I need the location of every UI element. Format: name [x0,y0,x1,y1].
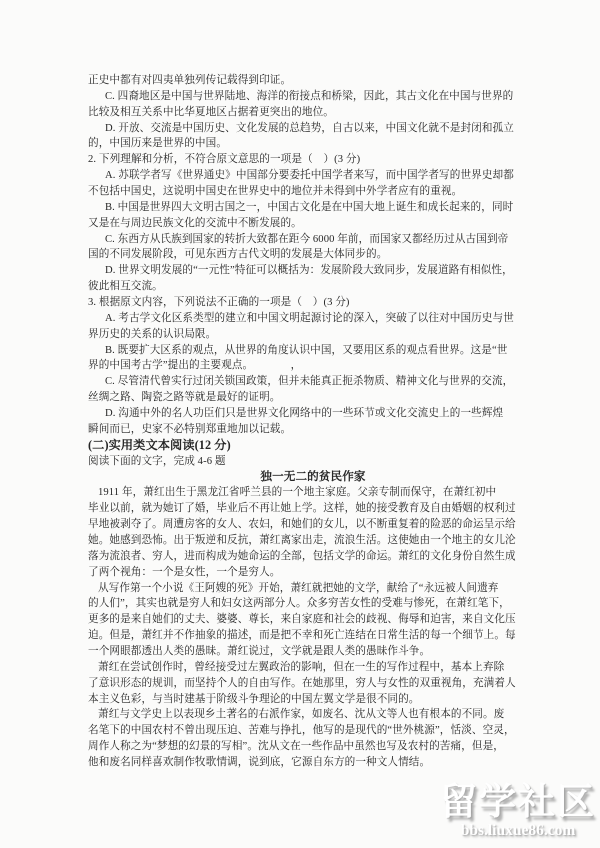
scanned-exam-page: 正史中都有对四夷单独列传记载得到印证。C. 四裔地区是中国与世界陆地、海洋的衔接… [0,0,600,848]
document-line: 周作人称之为“梦想的幻景的写相”。沈从文在一些作品中虽然也写及农村的苦痛，但是， [88,739,512,755]
document-line: 名笔下的中国农村不曾出现压迫、苦难与挣扎，他写的是现代的“世外桃源”，恬淡、空灵… [88,723,512,739]
document-line: 彼此相互交流。 [88,279,512,295]
document-line: 他和废名同样喜欢制作牧歌情调，说到底，它源自东方的一种文人情结。 [88,755,512,771]
watermark-site-url: bbs.liuxue86.com [432,823,600,839]
document-line: A. 苏联学者写《世界通史》中国部分要委托中国学者来写，而中国学者写的世界史却都 [88,168,512,184]
document-line: D. 沟通中外的名人功臣们只是世界文化网络中的一些环节或文化交流史上的一些辉煌 [88,406,512,422]
document-line: 2. 下列理解和分析，不符合原文意思的一项是（ ）(3 分) [88,152,512,168]
document-line: 落为流浪者、穷人，进而构成为她命运的全部，包括文学的命运。萧红的文化身份自然生成 [88,549,512,565]
document-line: 3. 根据原文内容，下列说法不正确的一项是（ ）(3 分) [88,295,512,311]
document-line: 从写作第一个小说《王阿嫂的死》开始，萧红就把她的文学，献给了“永远被人间遗弃 [88,581,512,597]
document-line: 的人们”，其实也就是穷人和妇女这两部分人。众多穷苦女性的受难与惨死，在萧红笔下， [88,596,512,612]
watermark-logo-text: 留学社区 [432,782,600,824]
document-line: 萧红与文学史上以表现乡土著名的右派作家，如废名、沈从文等人也有根本的不同。废 [88,707,512,723]
document-line: 正史中都有对四夷单独列传记载得到印证。 [88,73,512,89]
document-line: A. 考古学文化区系类型的建立和中国文明起源讨论的深入，突破了以往对中国历史与世 [88,311,512,327]
document-line: C. 东西方从氏族到国家的转折大致都在距今 6000 年前，而国家又都经历过从古… [88,232,512,248]
document-line: 迫。但是，萧红并不作抽象的描述，而是把不幸和死亡连结在日常生活的每一个细节上。每 [88,628,512,644]
document-line: 更多的是来自她们的丈夫、婆婆、尊长，来自家庭和社会的歧视、侮辱和迫害，来自文化压 [88,612,512,628]
document-line: 一个网眼都透出人类的愚昧。萧红说过，文学就是跟人类的愚昧作斗争。 [88,644,512,660]
document-line: 1911 年，萧红出生于黑龙江省呼兰县的一个地主家庭。父亲专制而保守，在萧红初中 [88,485,512,501]
document-line: 界历史的关系的认识局限。 [88,327,512,343]
article-title: 独一无二的贫民作家 [88,469,512,485]
document-line: 了两个视角：一个是女性，一个是穷人。 [88,565,512,581]
document-line: B. 中国是世界四大文明古国之一，中国古文化是在中国大地上诞生和成长起来的，同时 [88,200,512,216]
document-line: 瞬间而已，史家不必特别郑重地加以记载。 [88,422,512,438]
document-line: 她。她感到恐怖。出于叛逆和反抗，萧红离家出走，流浪生活。这使她由一个地主的女儿沦 [88,533,512,549]
document-line: D. 世界文明发展的“一元性”特征可以概括为：发展阶段大致同步，发展道路有相似性… [88,263,512,279]
document-line: 丝绸之路、陶瓷之路等就是最好的证明。 [88,390,512,406]
document-line: 的，中国历来是世界的中国。 [88,136,512,152]
document-line: 毕业以前，就为她订了婚，毕业后不再让她上学。这样，她的接受教育及自由婚姻的权利过 [88,501,512,517]
document-text-column: 正史中都有对四夷单独列传记载得到印证。C. 四裔地区是中国与世界陆地、海洋的衔接… [88,73,512,771]
document-line: 了意识形态的规训，而坚持个人的自由写作。在她那里，穷人与女性的双重视角，充满着人 [88,676,512,692]
document-line: 阅读下面的文字，完成 4-6 题 [88,454,512,470]
document-line: 国的不同发展阶段，可见东西方古代文明的发展是大体同步的。 [88,247,512,263]
document-line: 界的中国考古学”提出的主要观点。 ， [88,358,512,374]
watermark: 留学社区 bbs.liuxue86.com [432,782,600,839]
document-line: 早地被剥夺了。周遭房客的女人、农妇，和她们的女儿，以不断重复着的险恶的命运呈示给 [88,517,512,533]
document-line: C. 四裔地区是中国与世界陆地、海洋的衔接点和桥梁，因此，其古文化在中国与世界的 [88,89,512,105]
document-line: B. 既要扩大区系的观点，从世界的角度认识中国，又要用区系的观点看世界。这是“世 [88,343,512,359]
document-line: 萧红在尝试创作时，曾经接受过左翼政治的影响，但在一生的写作过程中，基本上弃除 [88,660,512,676]
document-line: D. 开放、交流是中国历史、文化发展的总趋势，自古以来，中国文化就不是封闭和孤立 [88,121,512,137]
document-line: C. 尽管清代曾实行过闭关锁国政策，但并未能真正扼杀物质、精神文化与世界的交流， [88,374,512,390]
document-line: 又是在与周边民族文化的交流中不断发展的。 [88,216,512,232]
document-line: 比较及相互关系中比华夏地区占据着更突出的地位。 [88,105,512,121]
document-line: 不包括中国史，这说明中国史在世界史中的地位并未得到中外学者应有的重视。 [88,184,512,200]
section-heading: (二)实用类文本阅读(12 分) [88,438,512,454]
document-line: 本主义色彩，与当时建基于阶级斗争理论的中国左翼文学是很不同的。 [88,692,512,708]
